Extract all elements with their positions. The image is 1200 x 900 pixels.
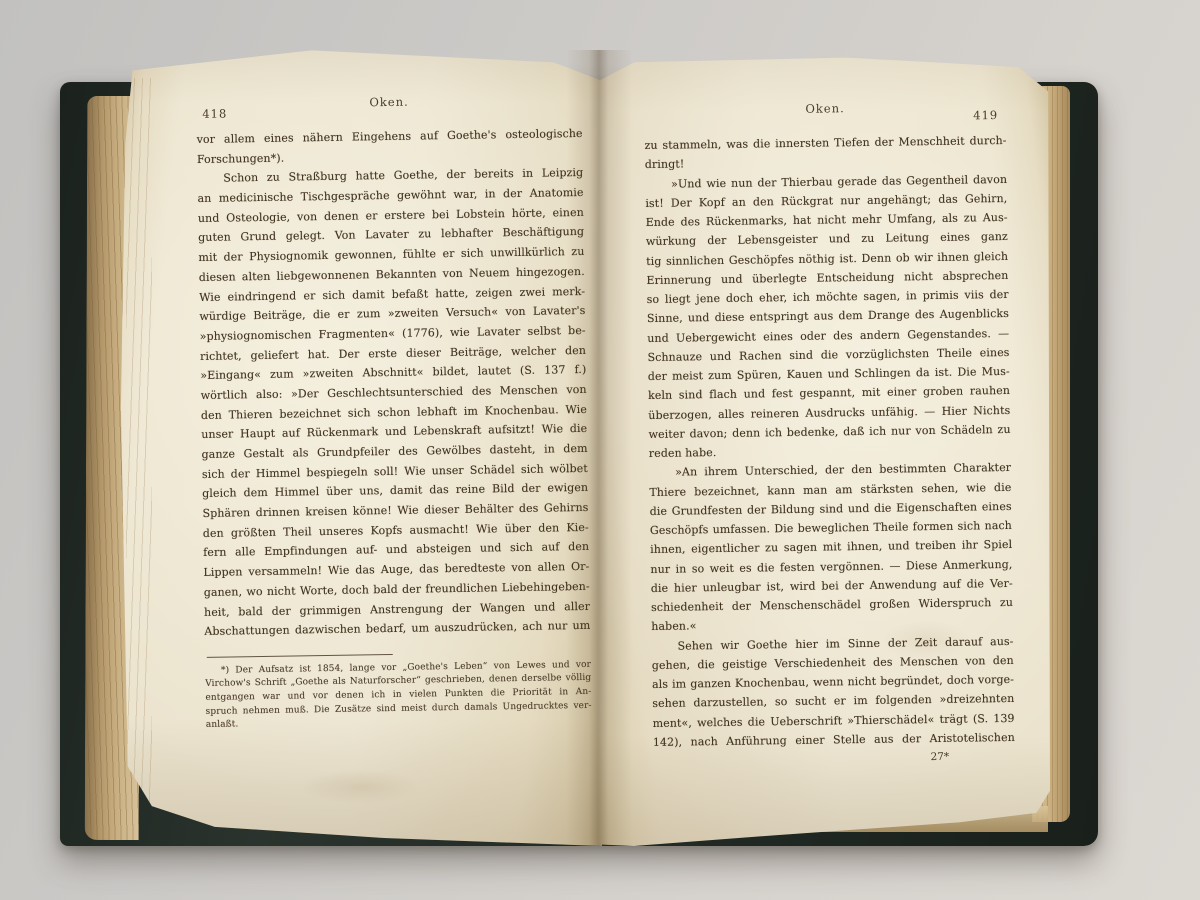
right-page-body-text: zu stammeln, was die innersten Tiefen de…: [644, 131, 1015, 752]
right-page-header: Oken. 419: [644, 99, 1006, 132]
left-page-textblock: 418 Oken. vor allem eines nähern Eingehe…: [196, 92, 592, 733]
left-page-header: 418 Oken.: [196, 92, 582, 126]
right-page-textblock: Oken. 419 zu stammeln, was die innersten…: [644, 99, 1015, 767]
footnote-text: *) Der Aufsatz ist 1854, lange vor „Goet…: [205, 659, 592, 733]
footnote-rule: [207, 654, 393, 658]
text-line: 142), nach Anführung einer Stelle aus de…: [653, 728, 1015, 752]
left-page-body-text: vor allem eines nähern Eingehens auf Goe…: [197, 124, 591, 642]
open-book-photo: 418 Oken. vor allem eines nähern Eingehe…: [0, 0, 1200, 900]
page-number-right: 419: [973, 108, 998, 122]
